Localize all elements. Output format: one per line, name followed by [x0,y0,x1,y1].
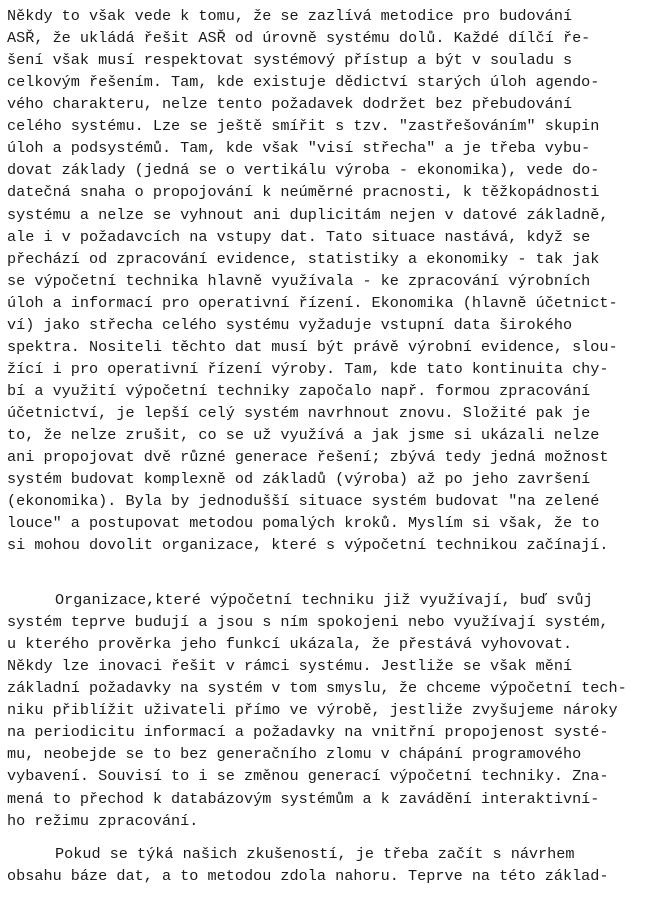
text-line: úloh a podsystémů. Tam, kde však "visí s… [7,138,590,158]
text-line: Organizace,které výpočetní techniku již … [55,590,593,610]
text-line: úloh a informací pro operativní řízení. … [7,293,618,313]
text-line: ani propojovat dvě různé generace řešení… [7,447,609,467]
text-line: ale i v požadavcích na vstupy dat. Tato … [7,227,590,247]
text-line: na periodicitu informací a požadavky na … [7,722,609,742]
text-line: systém teprve budují a jsou s ním spokoj… [7,612,609,632]
text-line: louce" a postupovat metodou pomalých kro… [7,513,599,533]
text-line: žící i pro operativní řízení výroby. Tam… [7,359,609,379]
text-line: niku přiblížit uživateli přímo ve výrobě… [7,700,618,720]
text-line: dovat základy (jedná se o vertikálu výro… [7,160,599,180]
text-line: obsahu báze dat, a to metodou zdola naho… [7,866,609,886]
text-line: (ekonomika). Byla by jednodušší situace … [7,491,599,511]
text-line: mu, neobejde se to bez generačního zlomu… [7,744,581,764]
document-page: Někdy to však vede k tomu, že se zazlívá… [0,0,659,903]
text-line: se výpočetní technika hlavně využívala -… [7,271,590,291]
text-line: celkovým řešením. Tam, kde existuje dědi… [7,72,599,92]
text-line: základní požadavky na systém v tom smysl… [7,678,627,698]
text-line: mená to přechod k databázovým systémům a… [7,789,599,809]
text-line: přechází od zpracování evidence, statist… [7,249,599,269]
text-line: ASŘ, že ukládá řešit ASŘ od úrovně systé… [7,28,590,48]
text-line: ho režimu zpracování. [7,811,198,831]
text-line: spektra. Nositeli těchto dat musí být pr… [7,337,618,357]
text-line: to, že nelze zrušit, co se už využívá a … [7,425,599,445]
text-line: celého systému. Lze se ještě smířit s tz… [7,116,599,136]
text-line: ví) jako střecha celého systému vyžaduje… [7,315,572,335]
text-line: systému a nelze se vyhnout ani duplicitá… [7,205,609,225]
text-line: Někdy lze inovaci řešit v rámci systému.… [7,656,572,676]
text-line: si mohou dovolit organizace, které s výp… [7,535,609,555]
text-line: účetnictví, je lepší celý systém navrhno… [7,403,590,423]
text-line: Pokud se týká našich zkušeností, je třeb… [55,844,575,864]
text-line: datečná snaha o propojování k neúměrné p… [7,182,599,202]
text-line: bí a využití výpočetní techniky započalo… [7,381,590,401]
text-line: systém budovat komplexně od základů (výr… [7,469,590,489]
text-line: vého charakteru, nelze tento požadavek d… [7,94,572,114]
text-line: šení však musí respektovat systémový pří… [7,50,572,70]
text-line: vybavení. Souvisí to i se změnou generac… [7,766,609,786]
text-line: u kterého prověrka jeho funkcí ukázala, … [7,634,572,654]
text-line: Někdy to však vede k tomu, že se zazlívá… [7,6,572,26]
